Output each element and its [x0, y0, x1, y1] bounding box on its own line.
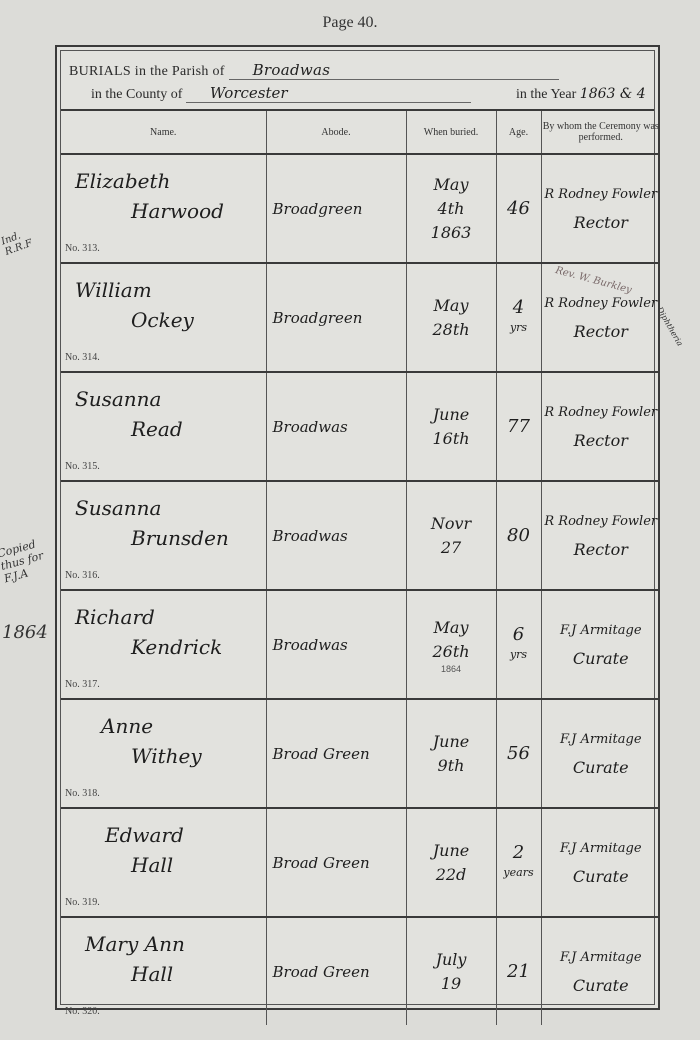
year-value: 1863 & 4: [580, 86, 646, 102]
parish-line: BURIALS in the Parish of Broadwas: [69, 61, 559, 80]
register-frame: BURIALS in the Parish of Broadwas in the…: [55, 45, 660, 1010]
officiant-name: F.J Armitage: [560, 623, 642, 638]
first-name: Richard: [75, 605, 155, 629]
last-name: Kendrick: [131, 635, 222, 659]
last-name: Read: [131, 417, 183, 441]
margin-note-1864: 1864: [2, 622, 48, 643]
parish-value: Broadwas: [229, 61, 559, 80]
age-cell: 77: [496, 372, 541, 481]
county-value: Worcester: [186, 84, 471, 103]
burials-label: BURIALS in the Parish of: [69, 64, 225, 79]
table-row: SusannaReadNo. 315. Broadwas June16th 77…: [61, 372, 660, 481]
first-name: Susanna: [75, 387, 161, 411]
age-cell: 4yrs: [496, 263, 541, 372]
first-name: Edward: [105, 823, 184, 847]
table-row: SusannaBrunsdenNo. 316. Broadwas Novr27 …: [61, 481, 660, 590]
register-inner: BURIALS in the Parish of Broadwas in the…: [60, 50, 655, 1005]
name-cell: ElizabethHarwoodNo. 313.: [61, 154, 266, 263]
col-when-buried: When buried.: [406, 111, 496, 154]
margin-note-copied: Copied thus for F.J.A: [0, 534, 59, 586]
entry-number: No. 313.: [65, 243, 100, 254]
month: May: [434, 618, 469, 637]
first-name: Anne: [101, 714, 153, 738]
officiant-title: Rector: [543, 430, 660, 452]
officiant-title: Curate: [543, 648, 660, 670]
officiant-cell: R Rodney FowlerRector: [541, 372, 660, 481]
officiant-cell: R Rodney FowlerRector: [541, 154, 660, 263]
abode-cell: Broadwas: [266, 372, 406, 481]
age-cell: 80: [496, 481, 541, 590]
officiant-title: Curate: [543, 757, 660, 779]
officiant-name: F.J Armitage: [560, 841, 642, 856]
age-cell: 6yrs: [496, 590, 541, 699]
entry-number: No. 320.: [65, 1006, 100, 1017]
first-name: Elizabeth: [75, 169, 170, 193]
day: 27: [441, 538, 461, 557]
age-cell: 2years: [496, 808, 541, 917]
officiant-name: F.J Armitage: [560, 732, 642, 747]
age-unit: yrs: [498, 318, 540, 338]
officiant-name: R Rodney Fowler: [544, 514, 657, 529]
when-cell: May26th1864: [406, 590, 496, 699]
month: June: [433, 841, 470, 860]
entry-number: No. 316.: [65, 570, 100, 581]
age-unit: yrs: [498, 645, 540, 665]
name-cell: SusannaReadNo. 315.: [61, 372, 266, 481]
col-age: Age.: [496, 111, 541, 154]
first-name: William: [75, 278, 152, 302]
day: 9th: [438, 756, 465, 775]
register-header: BURIALS in the Parish of Broadwas in the…: [61, 51, 654, 111]
abode-cell: Broad Green: [266, 699, 406, 808]
margin-note-313: Ind. R.R.F: [0, 220, 54, 258]
table-row: ElizabethHarwoodNo. 313. Broadgreen May4…: [61, 154, 660, 263]
officiant-cell: F.J ArmitageCurate: [541, 808, 660, 917]
day: 16th: [432, 429, 469, 448]
entry-number: No. 319.: [65, 897, 100, 908]
when-cell: May28th: [406, 263, 496, 372]
age-cell: 46: [496, 154, 541, 263]
age-value: 21: [507, 961, 530, 982]
pencil-year: 1864: [408, 664, 495, 674]
age-cell: 21: [496, 917, 541, 1025]
table-header-row: Name. Abode. When buried. Age. By whom t…: [61, 111, 660, 154]
month: Novr: [431, 514, 471, 533]
when-cell: May4th1863: [406, 154, 496, 263]
abode-cell: Broadgreen: [266, 154, 406, 263]
officiant-title: Rector: [543, 212, 660, 234]
name-cell: RichardKendrickNo. 317.: [61, 590, 266, 699]
officiant-cell: F.J ArmitageCurate: [541, 917, 660, 1025]
table-row: EdwardHallNo. 319. Broad Green June22d 2…: [61, 808, 660, 917]
age-cell: 56: [496, 699, 541, 808]
month: May: [434, 175, 469, 194]
abode-cell: Broadwas: [266, 481, 406, 590]
col-name: Name.: [61, 111, 266, 154]
age-value: 56: [507, 743, 530, 764]
officiant-name: R Rodney Fowler: [544, 187, 657, 202]
name-cell: WilliamOckeyNo. 314.: [61, 263, 266, 372]
age-value: 46: [507, 198, 530, 219]
burial-register-table: Name. Abode. When buried. Age. By whom t…: [61, 111, 660, 1025]
day: 22d: [436, 865, 467, 884]
year: 1863: [431, 223, 472, 242]
first-name: Mary Ann: [85, 932, 185, 956]
month: June: [433, 405, 470, 424]
age-unit: years: [498, 863, 540, 883]
last-name: Hall: [131, 962, 173, 986]
when-cell: July19: [406, 917, 496, 1025]
when-cell: Novr27: [406, 481, 496, 590]
month: July: [436, 950, 467, 969]
county-label: in the County of: [91, 87, 182, 102]
day: 28th: [432, 320, 469, 339]
officiant-cell: Rev. W. BurkleyR Rodney FowlerRector: [541, 263, 660, 372]
col-abode: Abode.: [266, 111, 406, 154]
name-cell: EdwardHallNo. 319.: [61, 808, 266, 917]
month: May: [434, 296, 469, 315]
table-row: Mary AnnHallNo. 320. Broad Green July19 …: [61, 917, 660, 1025]
month: June: [433, 732, 470, 751]
county-line: in the County of Worcester: [91, 84, 471, 103]
table-row: AnneWitheyNo. 318. Broad Green June9th 5…: [61, 699, 660, 808]
officiant-title: Rector: [543, 321, 660, 343]
entry-number: No. 317.: [65, 679, 100, 690]
officiant-name: R Rodney Fowler: [544, 405, 657, 420]
officiant-cell: F.J ArmitageCurate: [541, 590, 660, 699]
officiant-title: Rector: [543, 539, 660, 561]
age-value: 2: [513, 842, 524, 863]
age-value: 80: [507, 525, 530, 546]
officiant-name: F.J Armitage: [560, 950, 642, 965]
last-name: Ockey: [131, 308, 194, 332]
officiant-name: R Rodney Fowler: [544, 296, 657, 311]
year-line: in the Year 1863 & 4: [516, 86, 646, 103]
last-name: Hall: [131, 853, 173, 877]
last-name: Withey: [131, 744, 202, 768]
day: 19: [441, 974, 461, 993]
entry-number: No. 315.: [65, 461, 100, 472]
officiant-cell: R Rodney FowlerRector: [541, 481, 660, 590]
col-ceremony: By whom the Ceremony was performed.: [541, 111, 660, 154]
age-value: 6: [513, 624, 524, 645]
when-cell: June9th: [406, 699, 496, 808]
abode-cell: Broad Green: [266, 808, 406, 917]
age-value: 4: [513, 297, 524, 318]
officiant-title: Curate: [543, 975, 660, 997]
name-cell: Mary AnnHallNo. 320.: [61, 917, 266, 1025]
when-cell: June16th: [406, 372, 496, 481]
abode-cell: Broadgreen: [266, 263, 406, 372]
when-cell: June22d: [406, 808, 496, 917]
entry-number: No. 318.: [65, 788, 100, 799]
name-cell: AnneWitheyNo. 318.: [61, 699, 266, 808]
entry-number: No. 314.: [65, 352, 100, 363]
day: 26th: [432, 642, 469, 661]
name-cell: SusannaBrunsdenNo. 316.: [61, 481, 266, 590]
year-label: in the Year: [516, 87, 576, 102]
officiant-title: Curate: [543, 866, 660, 888]
page-number: Page 40.: [0, 14, 700, 32]
table-row: WilliamOckeyNo. 314. Broadgreen May28th …: [61, 263, 660, 372]
first-name: Susanna: [75, 496, 161, 520]
age-value: 77: [507, 416, 530, 437]
last-name: Brunsden: [131, 526, 229, 550]
officiant-cell: F.J ArmitageCurate: [541, 699, 660, 808]
table-row: RichardKendrickNo. 317. Broadwas May26th…: [61, 590, 660, 699]
last-name: Harwood: [131, 199, 224, 223]
day: 4th: [438, 199, 465, 218]
abode-cell: Broad Green: [266, 917, 406, 1025]
abode-cell: Broadwas: [266, 590, 406, 699]
